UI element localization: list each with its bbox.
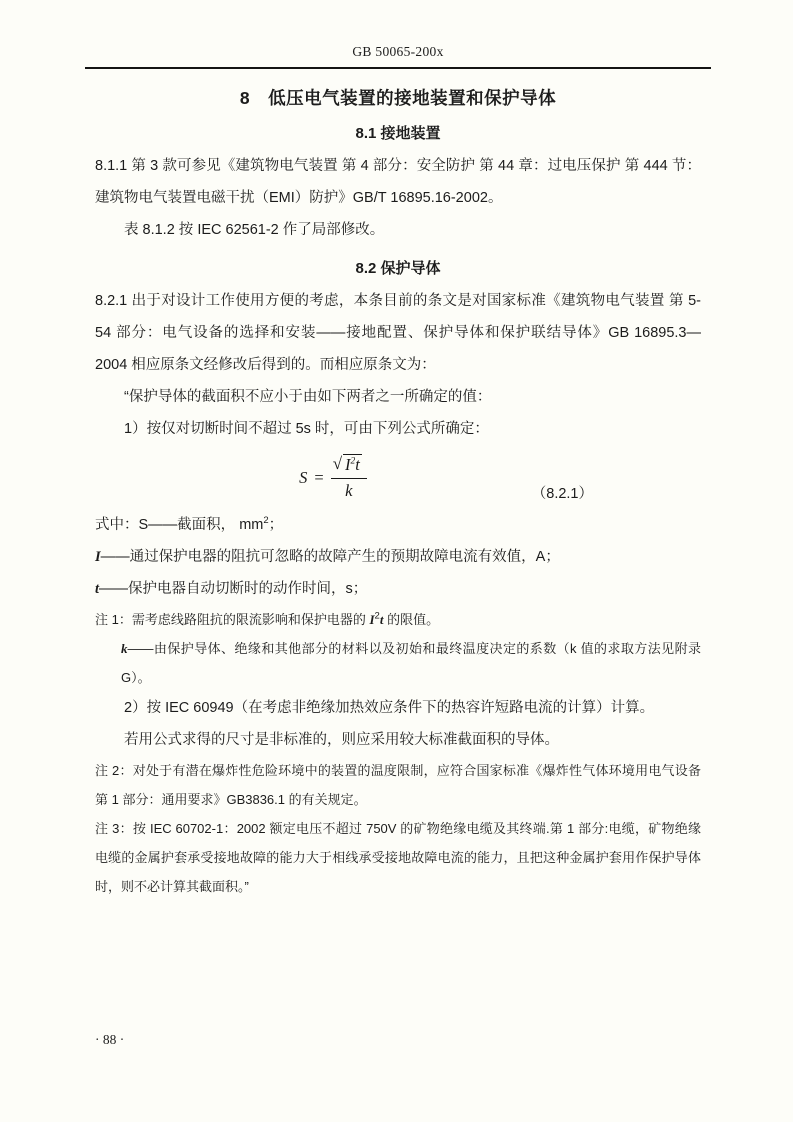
where-end: ； bbox=[269, 517, 284, 533]
note-2: 注 2：对处于有潜在爆炸性危险环境中的装置的温度限制，应符合国家标准《爆炸性气体… bbox=[95, 756, 701, 814]
note-3: 注 3：按 IEC 60702-1：2002 额定电压不超过 750V 的矿物绝… bbox=[95, 814, 701, 901]
paragraph-8-1-2: 表 8.1.2 按 IEC 62561-2 作了局部修改。 bbox=[95, 214, 701, 246]
note-1: 注 1：需考虑线路阻抗的限流影响和保护电器的 I2t 的限值。 bbox=[95, 605, 701, 634]
note-1-suffix: 的限值。 bbox=[383, 612, 439, 627]
where-clause: 式中：S——截面积， mm2； bbox=[95, 509, 701, 541]
equation-8-2-1: S = √ I2t k （8.2.1） bbox=[95, 449, 701, 507]
quote-opening-line: “保护导体的截面积不应小于由如下两者之一所确定的值： bbox=[95, 381, 701, 413]
section-heading-8-1: 8.1 接地装置 bbox=[95, 122, 701, 143]
list-item-1: 1）按仅对切断时间不超过 5s 时，可由下列公式所确定： bbox=[95, 413, 701, 445]
where-prefix: 式中： bbox=[95, 517, 139, 533]
header-rule bbox=[85, 67, 711, 69]
radical-sign: √ bbox=[333, 454, 342, 474]
page-number: · 88 · bbox=[95, 1032, 124, 1048]
where-text: ——截面积， mm bbox=[148, 517, 263, 533]
note-1-prefix: 注 1：需考虑线路阻抗的限流影响和保护电器的 bbox=[95, 612, 369, 627]
formula-expression: S = √ I2t k bbox=[299, 454, 367, 501]
definition-k-text: ——由保护导体、绝缘和其他部分的材料以及初始和最终温度决定的系数（k 值的求取方… bbox=[121, 641, 701, 685]
list-item-2: 2）按 IEC 60949（在考虑非绝缘加热效应条件下的热容许短路电流的计算）计… bbox=[95, 692, 701, 724]
section-heading-8-2: 8.2 保护导体 bbox=[95, 257, 701, 278]
definition-k: k——由保护导体、绝缘和其他部分的材料以及初始和最终温度决定的系数（k 值的求取… bbox=[95, 634, 701, 692]
symbol-S: S bbox=[139, 517, 149, 533]
paragraph-8-2-1: 8.2.1 出于对设计工作使用方便的考虑，本条目前的条文是对国家标准《建筑物电气… bbox=[95, 285, 701, 381]
formula-equals: = bbox=[314, 468, 323, 488]
running-header: GB 50065-200x bbox=[95, 44, 701, 60]
definition-I: I——通过保护电器的阻抗可忽略的故障产生的预期故障电流有效值，A； bbox=[95, 541, 701, 573]
formula-lhs: S bbox=[299, 468, 307, 488]
paragraph-8-1-1: 8.1.1 第 3 款可参见《建筑物电气装置 第 4 部分：安全防护 第 44 … bbox=[95, 150, 701, 214]
definition-t: t——保护电器自动切断时的动作时间，s； bbox=[95, 573, 701, 605]
equation-number: （8.2.1） bbox=[532, 482, 593, 503]
definition-t-text: ——保护电器自动切断时的动作时间，s； bbox=[99, 581, 367, 597]
radicand: I2t bbox=[343, 454, 362, 475]
paragraph-nonstandard: 若用公式求得的尺寸是非标准的，则应采用较大标准截面积的导体。 bbox=[95, 724, 701, 756]
formula-numerator: √ I2t bbox=[331, 454, 367, 479]
definition-I-text: ——通过保护电器的阻抗可忽略的故障产生的预期故障电流有效值，A； bbox=[101, 549, 560, 565]
document-page: { "page": { "header": "GB 50065-200x", "… bbox=[0, 0, 793, 1122]
radicand-t: t bbox=[355, 455, 360, 474]
page-content: GB 50065-200x 8 低压电气装置的接地装置和保护导体 8.1 接地装… bbox=[0, 0, 793, 901]
chapter-title: 8 低压电气装置的接地装置和保护导体 bbox=[95, 85, 701, 110]
formula-fraction: √ I2t k bbox=[331, 454, 367, 501]
formula-denominator: k bbox=[345, 479, 352, 501]
